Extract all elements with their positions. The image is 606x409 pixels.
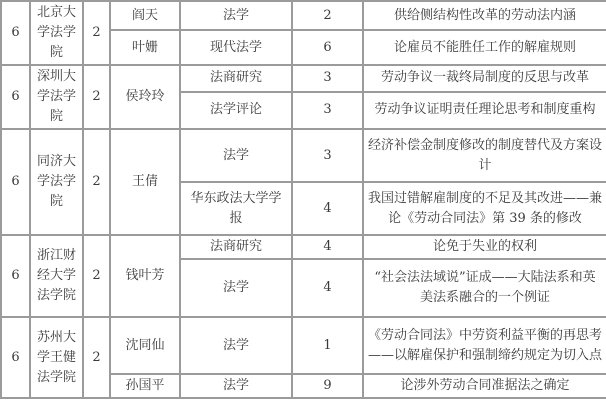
rank-cell: 6 bbox=[1, 129, 30, 235]
journal-cell: 法学 bbox=[180, 259, 292, 317]
author-cell: 阎天 bbox=[110, 1, 180, 30]
article-title-cell: 论涉外劳动合同准据法之确定 bbox=[363, 374, 606, 398]
journal-cell: 法学 bbox=[180, 317, 292, 374]
table-row: 6 苏州大学王健法学院 2 沈同仙 法学 1 《劳动合同法》中劳资利益平衡的再思… bbox=[1, 317, 606, 374]
author-cell: 钱叶芳 bbox=[110, 235, 180, 317]
issue-number-cell: 3 bbox=[292, 92, 363, 129]
article-title-cell: 劳动争议证明责任理论思考和制度重构 bbox=[363, 92, 606, 129]
article-title-cell: 供给侧结构性改革的劳动法内涵 bbox=[363, 1, 606, 30]
article-title-cell: 论免于失业的权利 bbox=[363, 235, 606, 259]
table-row: 6 北京大学法学院 2 阎天 法学 2 供给侧结构性改革的劳动法内涵 bbox=[1, 1, 606, 30]
author-cell: 侯玲玲 bbox=[110, 65, 180, 129]
issue-number-cell: 6 bbox=[292, 30, 363, 65]
issue-number-cell: 9 bbox=[292, 374, 363, 398]
issue-number-cell: 4 bbox=[292, 182, 363, 235]
article-title-cell: 我国过错解雇制度的不足及其改进——兼论《劳动合同法》第 39 条的修改 bbox=[363, 182, 606, 235]
author-cell: 孙国平 bbox=[110, 374, 180, 398]
author-cell: 沈同仙 bbox=[110, 317, 180, 374]
institution-ranking-table: 6 北京大学法学院 2 阎天 法学 2 供给侧结构性改革的劳动法内涵 叶姗 现代… bbox=[0, 0, 606, 399]
journal-cell: 法商研究 bbox=[180, 65, 292, 92]
institution-cell: 同济大学法学院 bbox=[30, 129, 83, 235]
article-title-cell: 《劳动合同法》中劳资利益平衡的再思考——以解雇保护和强制缔约规定为切入点 bbox=[363, 317, 606, 374]
article-count-cell: 2 bbox=[83, 1, 110, 65]
article-title-cell: “社会法法域说”证成——大陆法系和英美法系融合的一个例证 bbox=[363, 259, 606, 317]
article-title-cell: 经济补偿金制度修改的制度替代及方案设计 bbox=[363, 129, 606, 182]
institution-cell: 浙江财经大学法学院 bbox=[30, 235, 83, 317]
issue-number-cell: 4 bbox=[292, 235, 363, 259]
institution-cell: 深圳大学法学院 bbox=[30, 65, 83, 129]
issue-number-cell: 1 bbox=[292, 317, 363, 374]
issue-number-cell: 3 bbox=[292, 65, 363, 92]
journal-cell: 法学 bbox=[180, 129, 292, 182]
journal-cell: 法商研究 bbox=[180, 235, 292, 259]
article-title-cell: 论雇员不能胜任工作的解雇规则 bbox=[363, 30, 606, 65]
table-row: 6 浙江财经大学法学院 2 钱叶芳 法商研究 4 论免于失业的权利 bbox=[1, 235, 606, 259]
journal-cell: 法学 bbox=[180, 374, 292, 398]
article-count-cell: 2 bbox=[83, 129, 110, 235]
issue-number-cell: 3 bbox=[292, 129, 363, 182]
article-count-cell: 2 bbox=[83, 65, 110, 129]
article-title-cell: 劳动争议一裁终局制度的反思与改革 bbox=[363, 65, 606, 92]
institution-cell: 北京大学法学院 bbox=[30, 1, 83, 65]
journal-cell: 华东政法大学学报 bbox=[180, 182, 292, 235]
table-row: 6 同济大学法学院 2 王倩 法学 3 经济补偿金制度修改的制度替代及方案设计 bbox=[1, 129, 606, 182]
issue-number-cell: 2 bbox=[292, 1, 363, 30]
article-count-cell: 2 bbox=[83, 317, 110, 398]
author-cell: 叶姗 bbox=[110, 30, 180, 65]
author-cell: 王倩 bbox=[110, 129, 180, 235]
journal-cell: 现代法学 bbox=[180, 30, 292, 65]
journal-cell: 法学 bbox=[180, 1, 292, 30]
journal-cell: 法学评论 bbox=[180, 92, 292, 129]
article-count-cell: 2 bbox=[83, 235, 110, 317]
rank-cell: 6 bbox=[1, 1, 30, 65]
issue-number-cell: 4 bbox=[292, 259, 363, 317]
rank-cell: 6 bbox=[1, 317, 30, 398]
rank-cell: 6 bbox=[1, 235, 30, 317]
institution-cell: 苏州大学王健法学院 bbox=[30, 317, 83, 398]
table-row: 6 深圳大学法学院 2 侯玲玲 法商研究 3 劳动争议一裁终局制度的反思与改革 bbox=[1, 65, 606, 92]
rank-cell: 6 bbox=[1, 65, 30, 129]
